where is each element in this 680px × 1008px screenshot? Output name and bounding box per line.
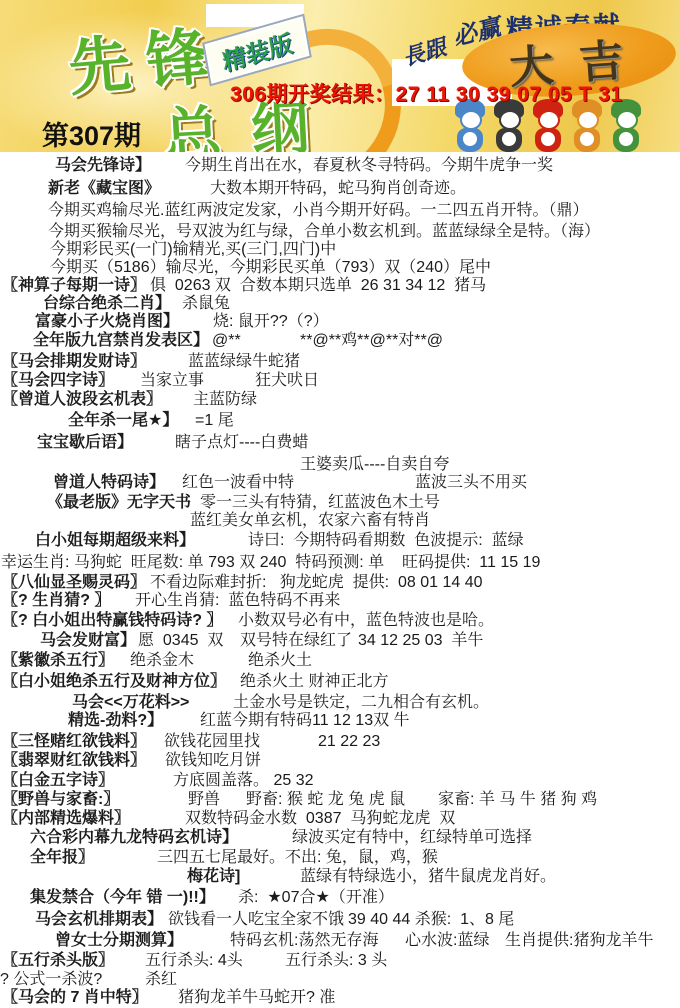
line-text: 特码玄机:荡然无存海 [230, 931, 378, 951]
text-line: 《最老版》无字天书零一三头有特猜，红蓝波色木土号 [0, 493, 680, 513]
line-text: 野兽 [188, 790, 220, 810]
line-text: 今期彩民买(一门)输精光,买(三门,四门)中 [50, 240, 336, 260]
line-label: 〖神算子每期一诗〗 [2, 276, 146, 296]
text-line: 六合彩内幕九龙特码玄机诗】绿波买定有特中，红绿特单可选择 [0, 828, 680, 848]
line-label: 马会先锋诗】 [55, 156, 151, 176]
line-label: 精选-劲料?】 [68, 711, 163, 731]
text-line: 〖白金五字诗〗方底圆盖落。 25 32 [0, 771, 680, 791]
text-line: 全年报〗三四五七尾最好。不出: 兔，鼠，鸡，猴 [0, 848, 680, 868]
line-text: 红蓝今期有特码11 12 13双 牛 [200, 711, 410, 731]
line-label: 曾道人特码诗】 [53, 473, 165, 493]
line-label: 富豪小子火烧肖图】 [35, 312, 179, 332]
line-label: 六合彩内幕九龙特码玄机诗】 [30, 828, 238, 848]
line-text: 俱 0263 双 合数本期只选单 26 31 34 12 猪马 [150, 276, 486, 296]
text-line: 马会发财富】愿 0345 双双号特在绿红了34 12 25 03 羊牛 [0, 631, 680, 651]
line-label: 〖紫徽杀五行〗 [2, 651, 114, 671]
line-label: 〖? 生肖猜? 〗 [2, 591, 110, 611]
text-line: 精选-劲料?】红蓝今期有特码11 12 13双 牛 [0, 711, 680, 731]
line-label: 〖白金五字诗〗 [2, 771, 114, 791]
text-line: 曾女士分期测算】特码玄机:荡然无存海心水波:蓝绿生肖提供:猪狗龙羊牛 [0, 931, 680, 951]
text-line: 〖? 白小姐出特赢钱特码诗? 〗小数双号必有中，蓝色特波也是哈。 [0, 611, 680, 631]
text-line: 〖八仙显圣赐灵码〗不看边际难封折: 狗龙蛇虎 提供: 08 01 14 40 [0, 573, 680, 593]
line-text: 绝杀火土 财神正北方 [240, 672, 388, 692]
line-text: =1 尾 [195, 411, 234, 431]
line-label: 宝宝歇后语】 [37, 433, 133, 453]
line-label: 〖八仙显圣赐灵码〗 [2, 573, 146, 593]
text-line: 〖曾道人波段玄机表〗主蓝防绿 [0, 390, 680, 410]
text-line: 王婆卖瓜----自卖自夸 [0, 455, 680, 475]
line-label: 〖曾道人波段玄机表〗 [2, 390, 162, 410]
line-label: 〖内部精选爆料〗 [2, 809, 130, 829]
line-text: 绿波买定有特中，红绿特单可选择 [292, 828, 532, 848]
fuwa-panda-face [499, 110, 521, 130]
line-text: 方底圆盖落。 25 32 [173, 771, 314, 791]
line-label: 马会<<万花料>> [72, 693, 189, 713]
line-text: 小数双号必有中，蓝色特波也是哈。 [238, 611, 494, 631]
text-line: 白小姐每期超级来料】诗曰: 今期特码看期数 色波提示: 蓝绿 [0, 531, 680, 551]
line-text: 三四五七尾最好。不出: 兔，鼠，鸡，猴 [157, 848, 438, 868]
fuwa-red-belly [541, 132, 555, 146]
text-line: 〖? 生肖猜? 〗开心生肖猜: 蓝色特码不再来 [0, 591, 680, 611]
text-line: 今期彩民买(一门)输精光,买(三门,四门)中 [0, 240, 680, 260]
text-line: 〖翡翠财红欲钱料〗欲钱知吃月饼 [0, 751, 680, 771]
line-label: 全年杀一尾★】 [68, 411, 178, 431]
line-text: 杀红 [145, 970, 177, 990]
line-text: 开心生肖猜: 蓝色特码不再来 [135, 591, 340, 611]
text-line: 〖马会四字诗〗当家立事狂犬吠日 [0, 371, 680, 391]
text-line: 今期买鸡输尽光.蓝红两波定发家，小肖今期开好码。一二四五肖开特。（鼎） [0, 201, 680, 221]
line-text: 蓝蓝绿绿牛蛇猪 [188, 352, 300, 372]
line-text: 零一三头有特猜，红蓝波色木土号 [200, 493, 440, 513]
line-text: 王婆卖瓜----自卖自夸 [300, 455, 449, 475]
text-line: 梅花诗]蓝绿有特绿选小，猪牛鼠虎龙肖好。 [0, 867, 680, 887]
line-text: 诗曰: 今期特码看期数 色波提示: 蓝绿 [248, 531, 524, 551]
line-text: 绝杀金木 [130, 651, 194, 671]
line-text: 五行杀头: 3 头 [285, 951, 387, 971]
text-line: 〖紫徽杀五行〗绝杀金木绝杀火土 [0, 651, 680, 671]
fuwa-blue-belly [463, 132, 477, 146]
text-line: 马会玄机排期表】欲钱看一人吃宝全家不饿39 40 44 杀猴: 1、8 尾 [0, 910, 680, 930]
fuwa-orange-face [577, 110, 599, 130]
line-text: 今期买鸡输尽光.蓝红两波定发家，小肖今期开好码。一二四五肖开特。（鼎） [48, 201, 588, 221]
line-text: 猪狗龙羊牛马蛇开? 准 [178, 988, 335, 1008]
fuwa-red-face [538, 110, 560, 130]
line-text: 狂犬吠日 [255, 371, 319, 391]
text-line: 曾道人特码诗】红色一波看中特蓝波三头不用买 [0, 473, 680, 493]
text-line: 〖白小姐绝杀五行及财神方位〗绝杀火土 财神正北方 [0, 672, 680, 692]
line-text: 当家立事 [140, 371, 204, 391]
line-label: 曾女士分期测算】 [55, 931, 183, 951]
text-line: 马会<<万花料>>土金水号是铁定，二九相合有玄机。 [0, 693, 680, 713]
line-text: 绝杀火土 [248, 651, 312, 671]
line-text: 21 22 23 [318, 732, 380, 752]
line-text: 家畜: 羊 马 牛 猪 狗 鸡 [438, 790, 597, 810]
line-label: 梅花诗] [187, 867, 240, 887]
line-text: 主蓝防绿 [193, 390, 257, 410]
line-text: 蓝波三头不用买 [415, 473, 527, 493]
line-label: 新老《藏宝图》 [48, 179, 160, 199]
line-label: 全年报〗 [30, 848, 94, 868]
line-label: 〖马会四字诗〗 [2, 371, 114, 391]
line-text: 欲钱看一人吃宝全家不饿 [168, 910, 344, 930]
line-label: 〖白小姐绝杀五行及财神方位〗 [2, 672, 226, 692]
text-line: 全年版九宫禁肖发表区】@****@**鸡**@**对**@ [0, 331, 680, 351]
line-text: 大数本期开特码，蛇马狗肖创奇迹。 [210, 179, 466, 199]
text-line: 今期买猴输尽光，号双波为红与绿，合单小数玄机到。蓝蓝绿绿全是特。（海） [0, 222, 680, 242]
line-text: 欲钱花园里找 [164, 732, 260, 752]
line-text: 欲钱知吃月饼 [165, 751, 261, 771]
line-text: 34 12 25 03 羊牛 [358, 631, 483, 651]
line-text: 五行杀头: 4头 [145, 951, 243, 971]
fuwa-green-belly [619, 132, 633, 146]
line-text: 蓝红美女单玄机，农家六畜有特肖 [190, 511, 430, 531]
line-label: 集发禁合（今年 错 一)!!】 [30, 888, 215, 908]
line-text: 蓝绿有特绿选小，猪牛鼠虎龙肖好。 [300, 867, 556, 887]
line-label: 〖五行杀头版〗 [2, 951, 114, 971]
text-line: 〖野兽与家畜:〗野兽野畜: 猴 蛇 龙 兔 虎 鼠家畜: 羊 马 牛 猪 狗 鸡 [0, 790, 680, 810]
previous-draw-result: 306期开奖结果：27 11 30 39 07 05 T 31 [230, 78, 623, 108]
text-line: 今期买（5186）输尽光，今期彩民买单（793）双（240）尾中 [0, 258, 680, 278]
line-text: 红色一波看中特 [182, 473, 294, 493]
line-text: 39 40 44 杀猴: 1、8 尾 [348, 910, 514, 930]
line-label: 台综合绝杀二肖】 [43, 294, 171, 314]
line-text: 今期买（5186）输尽光，今期彩民买单（793）双（240）尾中 [50, 258, 491, 278]
line-text: 杀: ★07合★（开准） [238, 888, 394, 908]
line-label: 马会发财富】 [40, 631, 136, 651]
line-text: 愿 0345 双 [138, 631, 223, 651]
text-line: 台综合绝杀二肖】杀鼠兔 [0, 294, 680, 314]
line-text: 土金水号是铁定，二九相合有玄机。 [233, 693, 489, 713]
text-line: 新老《藏宝图》大数本期开特码，蛇马狗肖创奇迹。 [0, 179, 680, 199]
line-text: 野畜: 猴 蛇 龙 兔 虎 鼠 [246, 790, 405, 810]
line-label: 〖马会排期发财诗〗 [2, 352, 146, 372]
line-text: 双数特码金水数 0387 马狗蛇龙虎 双 [185, 809, 455, 829]
line-label: 〖野兽与家畜:〗 [2, 790, 119, 810]
line-text: ? 公式一杀波? [0, 970, 102, 990]
line-text: 今期生肖出在水，春夏秋冬寻特码。今期牛虎争一奖 [185, 156, 553, 176]
text-line: 集发禁合（今年 错 一)!!】杀: ★07合★（开准） [0, 888, 680, 908]
line-label: 全年版九宫禁肖发表区】 [33, 331, 209, 351]
text-line: 蓝红美女单玄机，农家六畜有特肖 [0, 511, 680, 531]
line-text: 烧: 鼠开??（?） [213, 312, 329, 332]
fuwa-orange-belly [580, 132, 594, 146]
text-line: 全年杀一尾★】=1 尾 [0, 411, 680, 431]
line-text: @** [212, 331, 241, 351]
line-text: **@**鸡**@**对**@ [300, 331, 443, 351]
line-text: 杀鼠兔 [182, 294, 230, 314]
fuwa-blue-face [460, 110, 482, 130]
text-line: 〖马会排期发财诗〗蓝蓝绿绿牛蛇猪 [0, 352, 680, 372]
fuwa-panda-belly [502, 132, 516, 146]
line-text: 不看边际难封折: 狗龙蛇虎 提供: 08 01 14 40 [150, 573, 483, 593]
text-line: 〖神算子每期一诗〗俱 0263 双 合数本期只选单 26 31 34 12 猪马 [0, 276, 680, 296]
text-line: 幸运生肖: 马狗蛇 旺尾数: 单 793 双 240 特码预测: 单 旺码提供:… [0, 553, 680, 573]
text-line: 〖五行杀头版〗五行杀头: 4头五行杀头: 3 头 [0, 951, 680, 971]
line-label: 马会玄机排期表】 [35, 910, 163, 930]
text-line: ? 公式一杀波?杀红 [0, 970, 680, 990]
line-label: 白小姐每期超级来料】 [35, 531, 195, 551]
text-line: 富豪小子火烧肖图】烧: 鼠开??（?） [0, 312, 680, 332]
text-line: 宝宝歇后语】瞎子点灯----白费蜡 [0, 433, 680, 453]
line-text: 幸运生肖: 马狗蛇 旺尾数: 单 793 双 240 特码预测: 单 旺码提供:… [1, 553, 540, 573]
fuwa-green-face [616, 110, 638, 130]
line-text: 瞎子点灯----白费蜡 [175, 433, 308, 453]
text-line: 马会先锋诗】今期生肖出在水，春夏秋冬寻特码。今期牛虎争一奖 [0, 156, 680, 176]
line-label: 《最老版》无字天书 [47, 493, 191, 513]
line-text: 生肖提供:猪狗龙羊牛 [505, 931, 653, 951]
lottery-tip-sheet: 先锋 总纲 精装版 長跟 必赢 精诚奉献 大吉 306期开奖结果：27 11 3… [0, 0, 680, 1008]
text-line: 〖三怪赌红欲钱料〗欲钱花园里找21 22 23 [0, 732, 680, 752]
line-label: 〖三怪赌红欲钱料〗 [2, 732, 146, 752]
line-text: 今期买猴输尽光，号双波为红与绿，合单小数玄机到。蓝蓝绿绿全是特。（海） [48, 222, 600, 242]
line-label: 〖马会的 7 肖中特〗 [2, 988, 148, 1008]
line-text: 心水波:蓝绿 [405, 931, 489, 951]
text-line: 〖马会的 7 肖中特〗猪狗龙羊牛马蛇开? 准 [0, 988, 680, 1008]
line-text: 双号特在绿红了 [240, 631, 352, 651]
line-label: 〖? 白小姐出特赢钱特码诗? 〗 [2, 611, 222, 631]
line-label: 〖翡翠财红欲钱料〗 [2, 751, 146, 771]
text-line: 〖内部精选爆料〗双数特码金水数 0387 马狗蛇龙虎 双 [0, 809, 680, 829]
